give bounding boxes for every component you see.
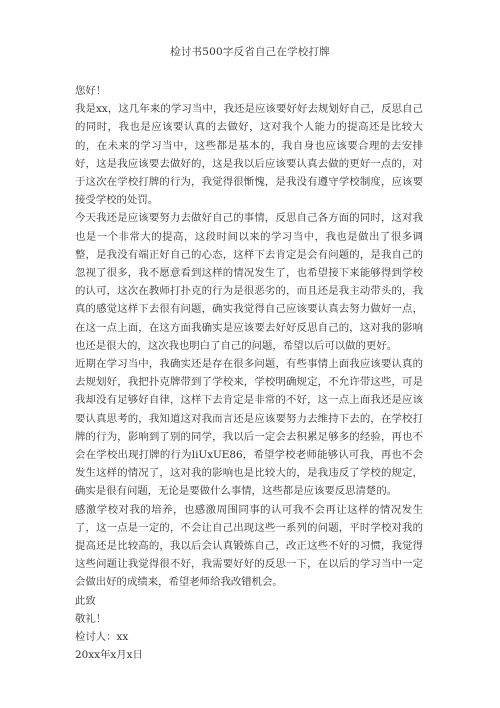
document-page: 检讨书500字反省自己在学校打牌 您好！ 我是xx，这几年来的学习当中，我还是应… — [0, 0, 500, 708]
document-title: 检讨书500字反省自己在学校打牌 — [0, 44, 500, 59]
paragraph-2: 今天我还是应该要努力去做好自己的事情，反思自己各方面的同时，这对我也是一个非常大… — [75, 209, 423, 355]
document-body: 您好！ 我是xx，这几年来的学习当中，我还是应该要好好去规划好自己，反思自己的同… — [75, 82, 423, 665]
signature: 检讨人：xx — [75, 628, 423, 646]
closing-salutation: 此致 — [75, 592, 423, 610]
greeting: 您好！ — [75, 82, 423, 100]
paragraph-3: 近期在学习当中，我确实还是存在很多问题，有些事情上面我应该要认真的去规划好，我把… — [75, 355, 423, 501]
paragraph-4: 感激学校对我的培养，也感激周围同事的认可我不会再让这样的情况发生了，这一点是一定… — [75, 501, 423, 592]
date: 20xx年x月x日 — [75, 646, 423, 664]
paragraph-1: 我是xx，这几年来的学习当中，我还是应该要好好去规划好自己，反思自己的同时，我也… — [75, 100, 423, 209]
closing-respect: 敬礼！ — [75, 610, 423, 628]
